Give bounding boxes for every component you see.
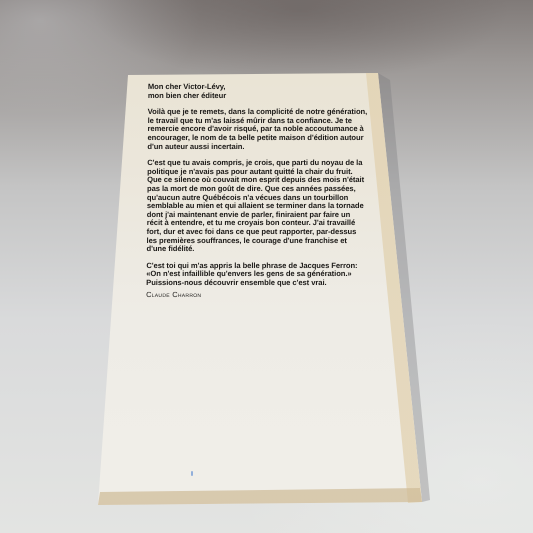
paragraph-3-quote: C'est toi qui m'as appris la belle phras… <box>146 262 378 288</box>
author-signature: Claude Charron <box>146 291 378 300</box>
paragraph-2: C'est que tu avais compris, je crois, qu… <box>146 159 379 254</box>
salutation: Mon cher Victor-Lévy, mon bien cher édit… <box>148 83 380 100</box>
salutation-line-2: mon bien cher éditeur <box>148 92 380 101</box>
ink-mark <box>191 471 193 476</box>
cover-text: Mon cher Victor-Lévy, mon bien cher édit… <box>146 83 380 300</box>
paragraph-1: Voilà que je te remets, dans la complici… <box>147 108 379 151</box>
